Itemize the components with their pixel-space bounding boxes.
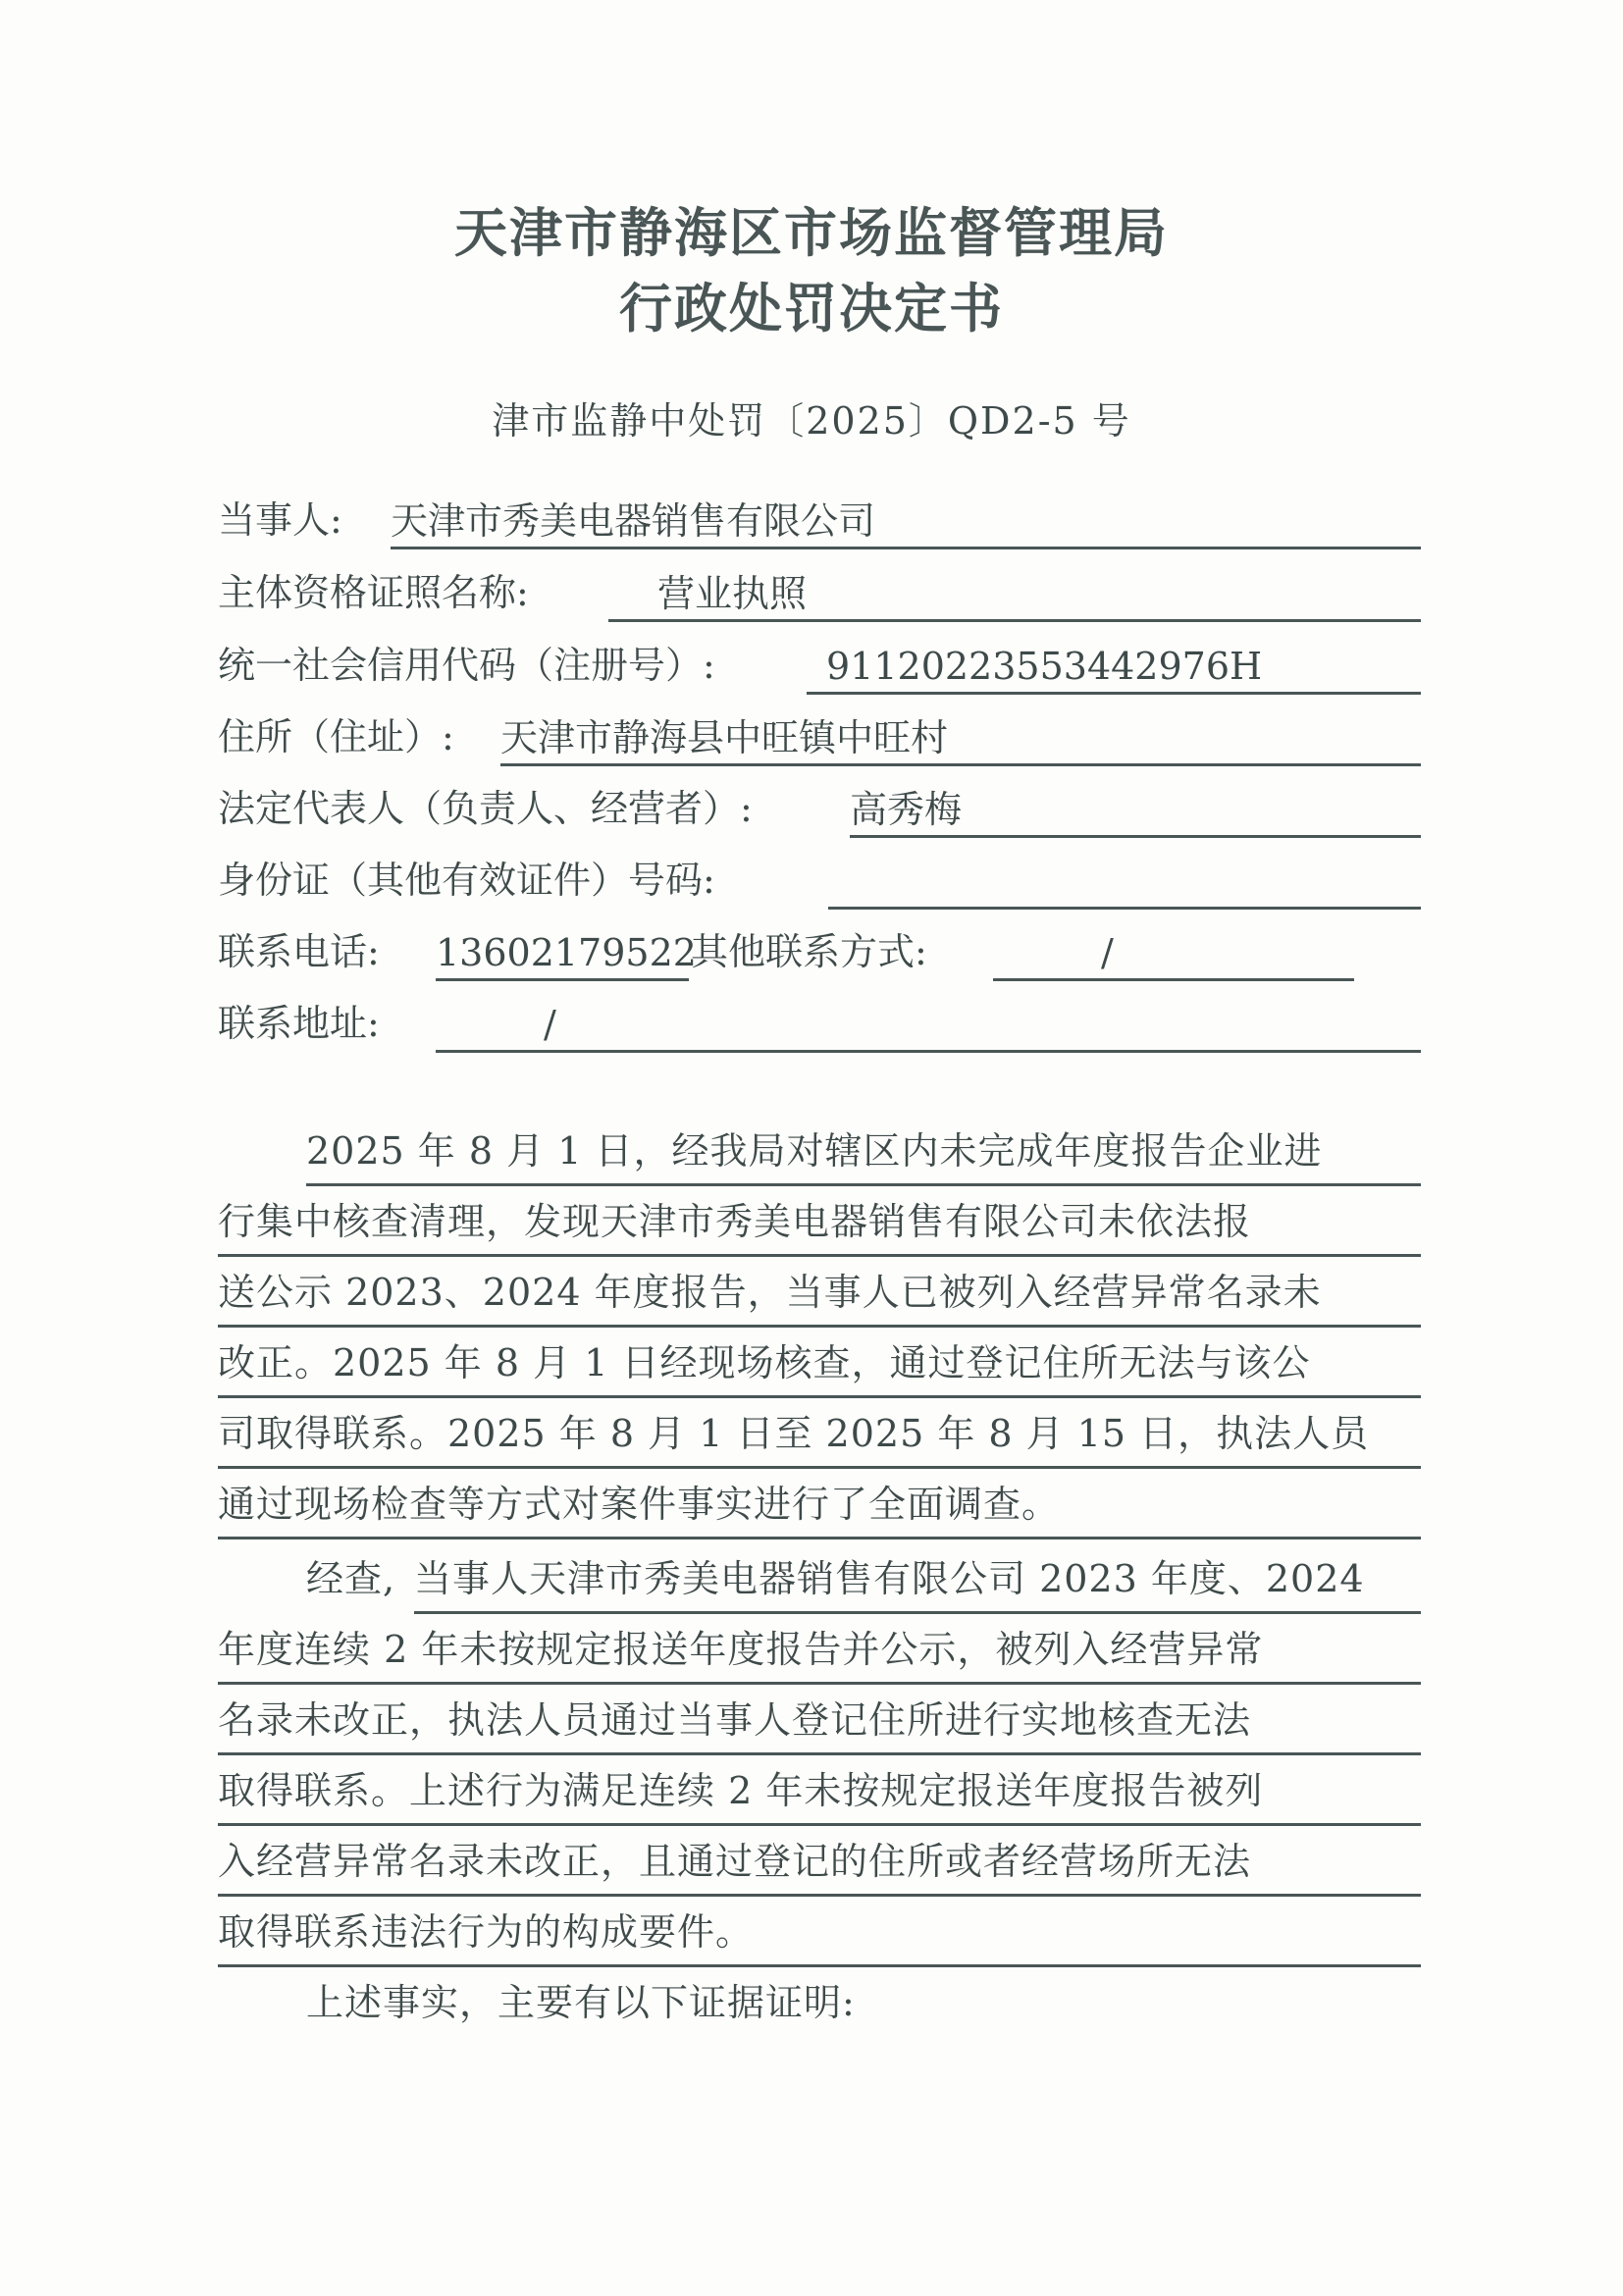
contact-address-value: / [436,1002,1421,1053]
license-value: 营业执照 [608,571,1421,622]
paragraph-line: 2025 年 8 月 1 日，经我局对辖区内未完成年度报告企业进 [306,1126,1421,1186]
paragraph-line: 入经营异常名录未改正，且通过登记的住所或者经营场所无法 [218,1837,1421,1897]
license-row: 主体资格证照名称: 营业执照 [218,563,1421,622]
paragraph-evidence-intro: 上述事实，主要有以下证据证明: [306,1978,1421,2035]
legal-rep-label: 法定代表人（负责人、经营者）: [218,778,753,832]
page-title-agency: 天津市静海区市场监督管理局 [0,191,1623,267]
address-row: 住所（住址）: 天津市静海县中旺镇中旺村 [218,707,1421,766]
address-label: 住所（住址）: [218,706,454,760]
other-contact-label: 其他联系方式: [691,921,927,975]
legal-rep-value: 高秀梅 [850,787,1421,838]
credit-code-value: 91120223553442976H [807,644,1421,695]
credit-code-label: 统一社会信用代码（注册号）: [218,635,715,689]
paragraph-line: 取得联系违法行为的构成要件。 [218,1907,1421,1967]
document-number: 津市监静中处罚〔2025〕QD2-5 号 [0,391,1623,444]
paragraph-prefix: 经查, [306,1554,414,1611]
phone-row: 联系电话: 13602179522 其他联系方式: / [218,922,1421,981]
paragraph-line: 年度连续 2 年未按规定报送年度报告并公示，被列入经营异常 [218,1625,1421,1685]
paragraph-line: 送公示 2023、2024 年度报告，当事人已被列入经营异常名录未 [218,1268,1421,1328]
paragraph-line: 取得联系。上述行为满足连续 2 年未按规定报送年度报告被列 [218,1766,1421,1826]
contact-address-row: 联系地址: / [218,994,1421,1053]
paragraph-line: 改正。2025 年 8 月 1 日经现场核查，通过登记住所无法与该公 [218,1338,1421,1398]
legal-rep-row: 法定代表人（负责人、经营者）: 高秀梅 [218,779,1421,838]
credit-code-row: 统一社会信用代码（注册号）: 91120223553442976H [218,636,1421,695]
address-value: 天津市静海县中旺镇中旺村 [500,715,1421,766]
paragraph-line: 行集中核查清理，发现天津市秀美电器销售有限公司未依法报 [218,1197,1421,1257]
id-number-value [828,859,1421,910]
id-number-row: 身份证（其他有效证件）号码: [218,851,1421,910]
phone-value: 13602179522 [436,930,689,981]
other-contact-value: / [993,930,1354,981]
contact-address-label: 联系地址: [218,993,380,1047]
page-title-document-type: 行政处罚决定书 [0,267,1623,342]
party-name-row: 当事人: 天津市秀美电器销售有限公司 [218,491,1421,549]
paragraph-line: 通过现场检查等方式对案件事实进行了全面调查。 [218,1480,1421,1539]
party-name-label: 当事人: [218,490,342,544]
paragraph-line: 司取得联系。2025 年 8 月 1 日至 2025 年 8 月 15 日，执法… [218,1409,1421,1469]
id-number-label: 身份证（其他有效证件）号码: [218,850,715,904]
phone-label: 联系电话: [218,921,380,975]
party-name-value: 天津市秀美电器销售有限公司 [391,498,1421,549]
license-label: 主体资格证照名称: [218,562,529,616]
paragraph-line: 名录未改正，执法人员通过当事人登记住所进行实地核查无法 [218,1696,1421,1755]
paragraph-line: 当事人天津市秀美电器销售有限公司 2023 年度、2024 [414,1554,1421,1614]
